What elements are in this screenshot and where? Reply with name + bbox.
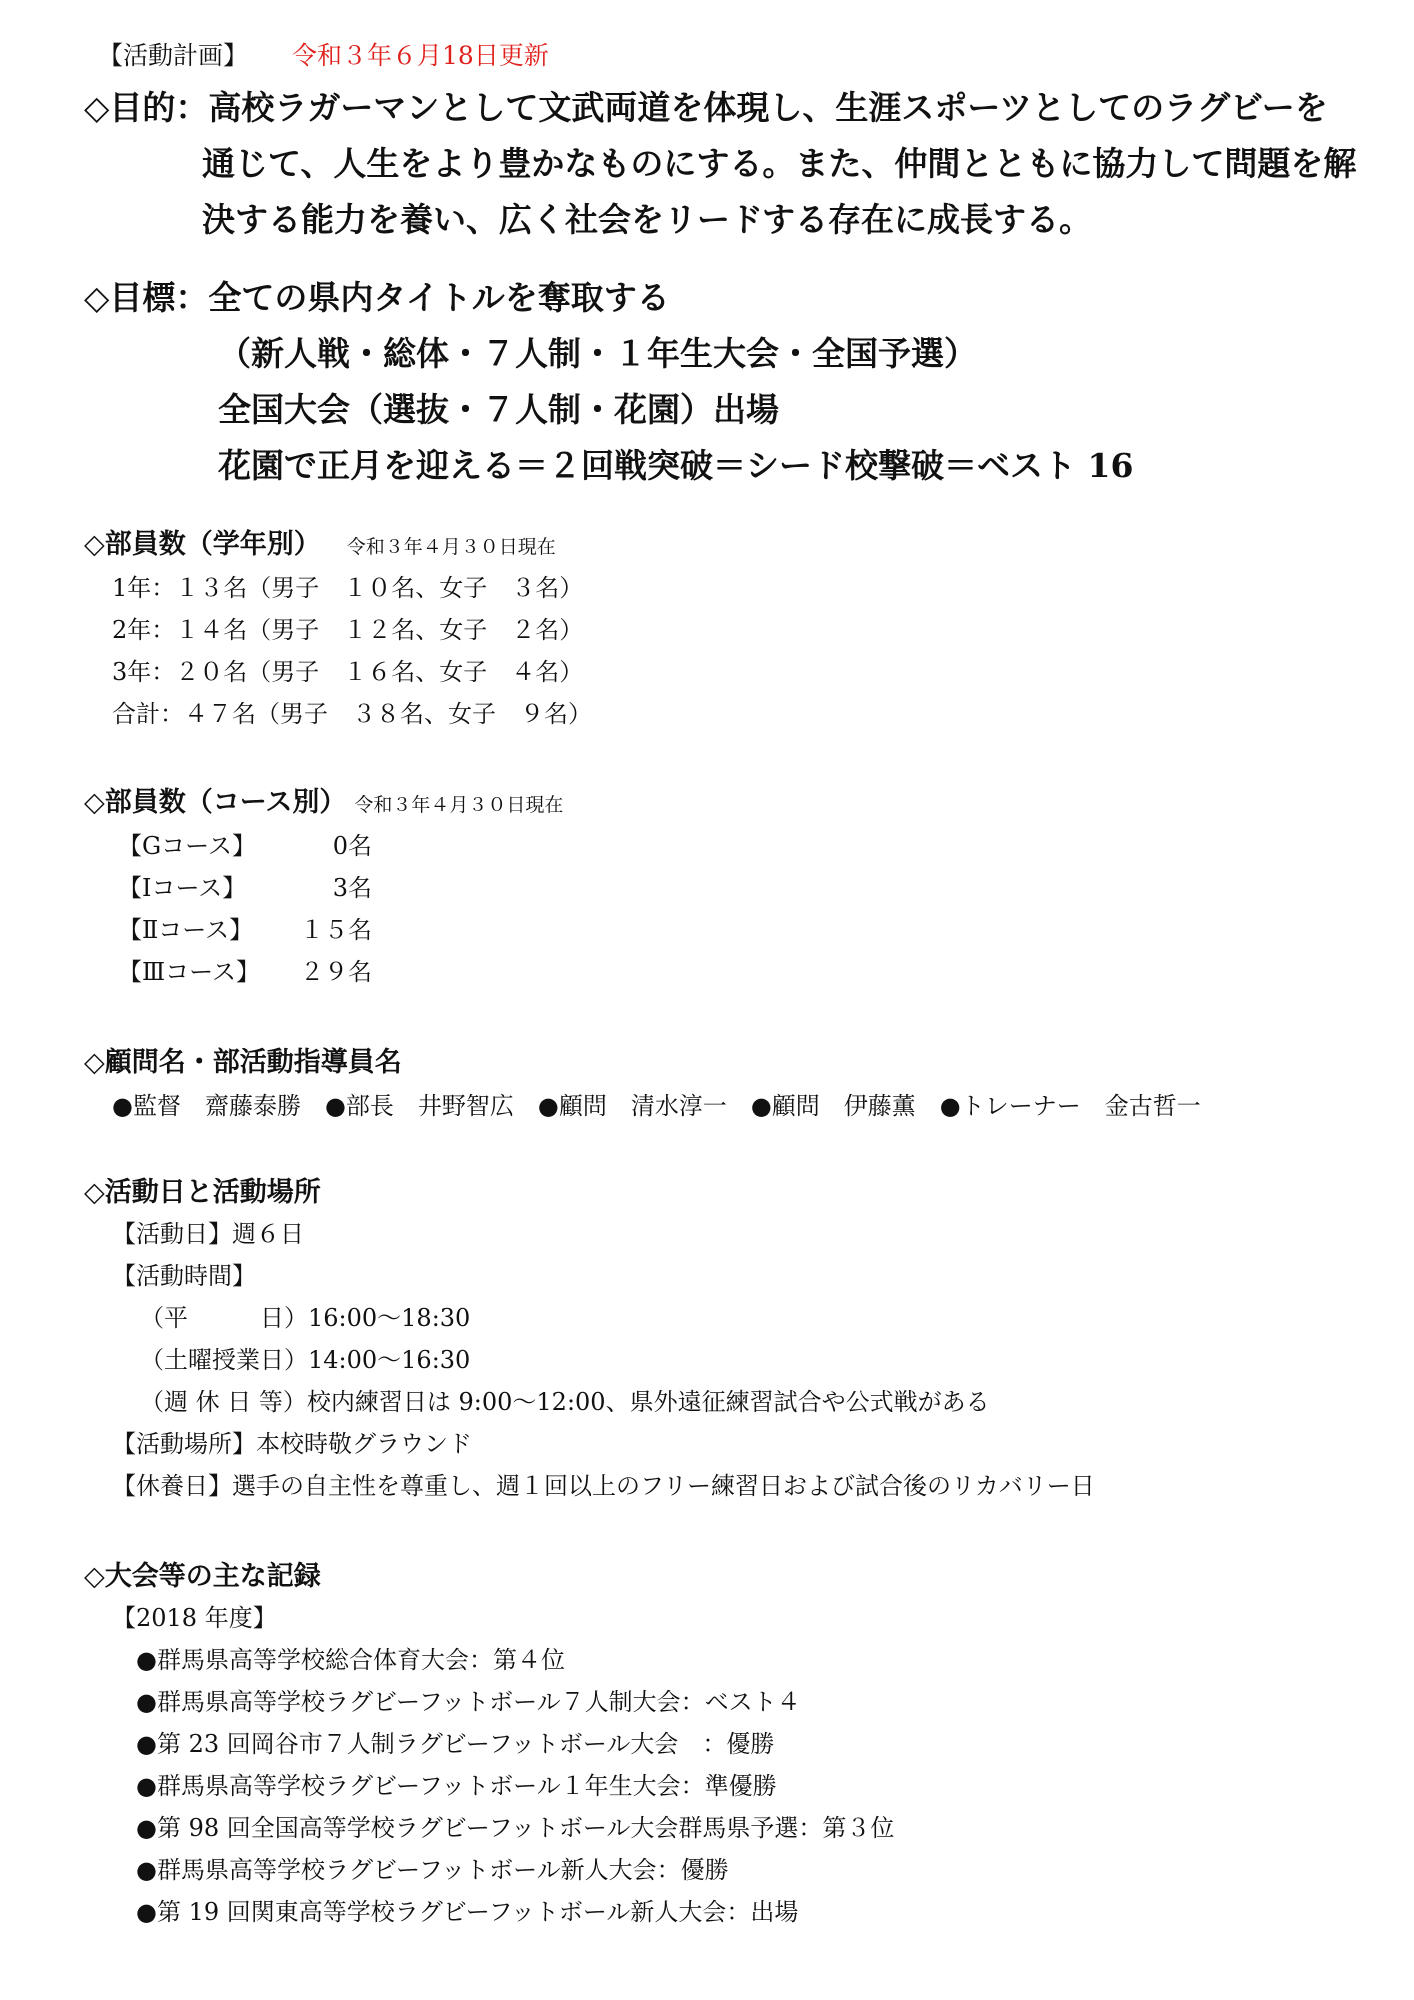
record-item: ●第 23 回岡谷市７人制ラグビーフットボール大会 ：優勝	[136, 1724, 774, 1759]
purpose-label: ◇目的：	[84, 88, 208, 127]
record-item: ●群馬県高等学校総合体育大会：第４位	[136, 1640, 565, 1675]
record-item: ●第 98 回全国高等学校ラグビーフットボール大会群馬県予選：第３位	[136, 1808, 894, 1843]
hours-saturday: （土曜授業日）14:00～16:30	[140, 1340, 470, 1375]
staff-heading: ◇顧問名・部活動指導員名	[84, 1040, 402, 1079]
grade-row: 1年：１３名（男子 １０名、女子 ３名）	[112, 568, 583, 603]
purpose-line-2: 通じて、人生をより豊かなものにする。また、仲間とともに協力して問題を解	[202, 138, 1356, 185]
goals-line-2: （新人戦・総体・７人制・１年生大会・全国予選）	[218, 328, 977, 375]
goals-line-3: 全国大会（選抜・７人制・花園）出場	[218, 384, 779, 431]
staff-list: ●監督 齋藤泰勝 ●部長 井野智広 ●顧問 清水淳一 ●顧問 伊藤薫 ●トレーナ…	[112, 1086, 1201, 1121]
record-item: ●群馬県高等学校ラグビーフットボール７人制大会：ベスト４	[136, 1682, 801, 1717]
goals-label: ◇目標：	[84, 278, 208, 317]
course-row: 【Ⅰコース】3名	[118, 868, 372, 903]
members-grade-heading: ◇部員数（学年別）令和３年４月３０日現在	[84, 522, 556, 561]
activity-hours-label: 【活動時間】	[112, 1256, 256, 1291]
as-of-date: 令和３年４月３０日現在	[354, 794, 563, 816]
course-row: 【Ⅱコース】１５名	[118, 910, 372, 945]
course-row: 【Ⅲコース】２９名	[118, 952, 372, 987]
goals-line-4: 花園で正月を迎える＝２回戦突破＝シード校撃破＝ベスト 16	[218, 440, 1133, 487]
records-year: 【2018 年度】	[112, 1598, 277, 1633]
record-item: ●群馬県高等学校ラグビーフットボール１年生大会：準優勝	[136, 1766, 777, 1801]
updated-date: 令和３年６月18日更新	[292, 41, 549, 70]
activity-heading: ◇活動日と活動場所	[84, 1170, 321, 1209]
activity-days: 【活動日】週６日	[112, 1214, 304, 1249]
grade-row: 合計：４７名（男子 ３８名、女子 ９名）	[112, 694, 592, 729]
activity-place: 【活動場所】本校時敬グラウンド	[112, 1424, 472, 1459]
members-course-heading: ◇部員数（コース別）令和３年４月３０日現在	[84, 780, 563, 819]
document-title: 【活動計画】	[98, 41, 248, 70]
goals-line-1: ◇目標：全ての県内タイトルを奪取する	[84, 272, 670, 319]
rest-day: 【休養日】選手の自主性を尊重し、週１回以上のフリー練習日および試合後のリカバリー…	[112, 1466, 1095, 1501]
as-of-date: 令和３年４月３０日現在	[347, 536, 556, 558]
record-item: ●第 19 回関東高等学校ラグビーフットボール新人大会：出場	[136, 1892, 798, 1927]
hours-holiday: （週 休 日 等）校内練習日は 9:00～12:00、県外遠征練習試合や公式戦が…	[140, 1382, 990, 1417]
record-item: ●群馬県高等学校ラグビーフットボール新人大会：優勝	[136, 1850, 729, 1885]
grade-row: 3年：２０名（男子 １６名、女子 ４名）	[112, 652, 583, 687]
purpose-line-1: ◇目的：高校ラガーマンとして文武両道を体現し、生涯スポーツとしてのラグビーを	[84, 82, 1328, 129]
document-header: 【活動計画】令和３年６月18日更新	[98, 36, 549, 72]
course-row: 【Gコース】0名	[118, 826, 372, 861]
grade-row: 2年：１４名（男子 １２名、女子 ２名）	[112, 610, 583, 645]
hours-weekday: （平 日）16:00～18:30	[140, 1298, 470, 1333]
purpose-line-3: 決する能力を養い、広く社会をリードする存在に成長する。	[202, 194, 1092, 241]
records-heading: ◇大会等の主な記録	[84, 1554, 321, 1593]
